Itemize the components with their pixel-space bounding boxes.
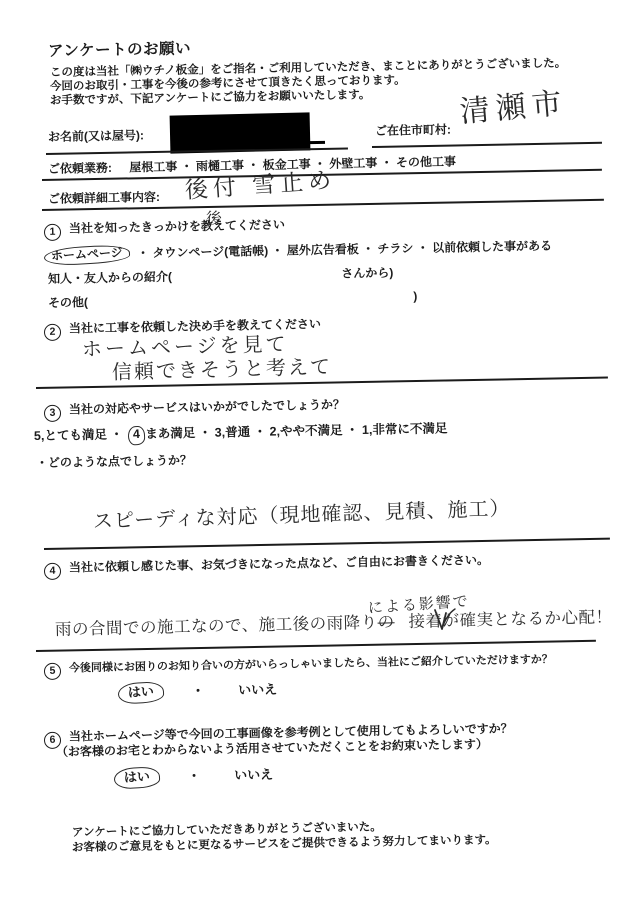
q1-other-row: その他( ) — [48, 289, 418, 311]
q3-circled-rating: 4 — [128, 426, 146, 446]
q5-heading-row: 5今後同様にお困りのお知り合いの方がいらっしゃいましたら、当社にご紹介していただ… — [44, 654, 553, 680]
q3-heading-row: 3当社の対応やサービスはいかがでしたでしょうか？ — [44, 397, 345, 422]
q1-other-close: ) — [413, 289, 417, 303]
q3-scale-row: 5,とても満足 ・ 4まあ満足 ・ 3,普通 ・ 2,やや不満足 ・ 1,非常に… — [34, 420, 448, 446]
q1-heading: 当社を知ったきっかけを教えてください — [69, 218, 285, 236]
q1-options-rest: ・ タウンページ(電話帳) ・ 屋外広告看板 ・ チラシ ・ 以前依頼した事があ… — [137, 239, 552, 261]
q4-answer-struck-char: の — [377, 613, 394, 631]
q1-referral-close: さんから) — [341, 266, 393, 281]
q4-answer-before: 雨の合間での施工なので、施工後の雨降り — [55, 614, 378, 639]
q2-number-icon: 2 — [44, 324, 61, 341]
q6-yes: はい — [124, 769, 151, 785]
q3-number-icon: 3 — [44, 405, 61, 422]
q1-referral-row: 知人・友人からの紹介( さんから) — [48, 266, 394, 287]
q6-yes-circled: はい — [113, 766, 160, 790]
q6-choices-row: はい ・ いいえ — [48, 765, 274, 790]
detail-label: ご依頼詳細工事内容: — [48, 190, 160, 207]
q1-referral-label: 知人・友人からの紹介( — [48, 270, 172, 286]
q5-yes: はい — [128, 684, 155, 700]
redaction-dash — [309, 141, 325, 144]
q4-answer-handwritten-row: 雨の合間での施工なので、施工後の雨降りの接着が確実となるか心配！ — [55, 607, 613, 640]
q3-heading: 当社の対応やサービスはいかがでしたでしょうか？ — [69, 397, 345, 416]
scanned-survey-page: アンケートのお願い この度は当社「㈱ウチノ板金」をご指名・ご利用していただき、ま… — [0, 0, 640, 915]
q1-circled-answer: ホームページ — [44, 244, 131, 267]
city-underline — [372, 142, 602, 148]
q4-heading-row: 4当社に依頼し感じた事、お気づきになった点など、ご自由にお書きください。 — [44, 553, 489, 580]
q6-separator-dot: ・ — [187, 768, 200, 783]
q5-yes-circled: はい — [117, 681, 164, 705]
q5-no: いいえ — [238, 682, 277, 698]
q5-number-icon: 5 — [44, 663, 61, 680]
city-value-handwritten: 清瀬市 — [458, 85, 569, 132]
q4-heading: 当社に依頼し感じた事、お気づきになった点など、ご自由にお書きください。 — [69, 553, 489, 575]
q5-choices-row: はい ・ いいえ — [48, 680, 278, 705]
q1-number-icon: 1 — [44, 224, 61, 241]
q3-rating-value: 4 — [133, 427, 141, 441]
q1-other-label: その他( — [48, 295, 88, 310]
q4-number-icon: 4 — [44, 563, 61, 580]
q1-options-row: ホームページ ・ タウンページ(電話帳) ・ 屋外広告看板 ・ チラシ ・ 以前… — [44, 238, 552, 265]
q6-no: いいえ — [234, 767, 273, 783]
city-label: ご在住市町村: — [375, 123, 451, 139]
name-label: お名前(又は屋号): — [48, 128, 144, 145]
q5-heading: 今後同様にお困りのお知り合いの方がいらっしゃいましたら、当社にご紹介していただけ… — [69, 654, 553, 675]
q3-followup: ・どのような点でしょうか？ — [36, 453, 192, 471]
q3-scale-after: まあ満足 ・ 3,普通 ・ 2,やや不満足 ・ 1,非常に不満足 — [145, 421, 447, 441]
q3-answer-underline — [44, 538, 610, 550]
q5-separator-dot: ・ — [191, 683, 204, 698]
q1-heading-row: 1当社を知ったきっかけを教えてください — [44, 218, 285, 241]
name-redaction-box — [170, 112, 311, 153]
service-label: ご依頼業務: — [48, 161, 112, 176]
survey-title: アンケートのお願い — [48, 39, 191, 61]
q4-answer-after: 接着が確実となるか心配！ — [408, 608, 612, 631]
q3-answer-handwritten: スピーディな対応（現地確認、見積、施工） — [93, 497, 511, 535]
q1-option-homepage: ホームページ — [51, 245, 123, 263]
q4-answer-underline — [36, 640, 596, 652]
q3-scale-before: 5,とても満足 ・ — [34, 427, 123, 443]
